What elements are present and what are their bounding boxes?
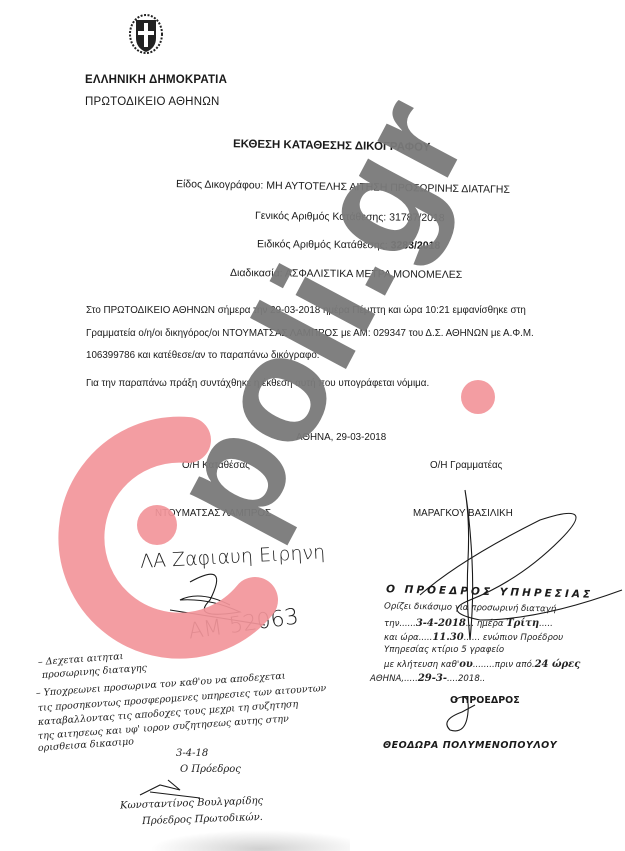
stamp-hearing-day: Τρίτη bbox=[506, 618, 539, 629]
document-type-label: Είδος Δικογράφου: bbox=[176, 178, 264, 192]
document-type: Είδος Δικογράφου: ΜΗ ΑΥΤΟΤΕΛΗΣ ΑΙΤΗΣΗ ΠΡ… bbox=[176, 178, 510, 196]
general-filing-number-value: 31787/2018 bbox=[389, 211, 445, 224]
handwritten-lawyer-am: ΑΜ 52063 bbox=[187, 604, 300, 644]
special-filing-number: Ειδικός Αριθμός Κατάθεσης: 3283/2018 bbox=[257, 238, 440, 252]
handwritten-signer-name: Κωνσταντίνος Βουλγαρίδης bbox=[120, 796, 263, 812]
stamp-heading: Ο ΠΡΟΕΔΡΟΣ ΥΠΗΡΕΣΙΑΣ bbox=[386, 583, 593, 600]
handwritten-signer-title: Πρόεδρος Πρωτοδικών. bbox=[142, 812, 263, 827]
stamp-label: την bbox=[384, 619, 399, 629]
depositor-label: Ο/Η Καταθέσας bbox=[182, 460, 250, 471]
procedure: Διαδικασία: ΑΣΦΑΛΙΣΤΙΚΑ ΜΕΤΡΑ ΜΟΝΟΜΕΛΕΣ bbox=[230, 267, 462, 281]
body-line-4: Για την παραπάνω πράξη συντάχθηκε η έκθε… bbox=[86, 378, 429, 389]
place-date: ΑΘΗΝΑ, 29-03-2018 bbox=[296, 432, 386, 443]
stamp-president: Ο ΠΡΟΕΔΡΟΣ bbox=[450, 695, 520, 706]
body-line-2: Γραμματεία ο/η/οι δικηγόρος/οι ΝΤΟΥΜΑΤΣΑ… bbox=[86, 328, 534, 339]
special-filing-number-label: Ειδικός Αριθμός Κατάθεσης: bbox=[257, 238, 388, 251]
stamp-issue-year: 2018 bbox=[458, 674, 480, 684]
procedure-value: ΑΣΦΑΛΙΣΤΙΚΑ ΜΕΤΡΑ ΜΟΝΟΜΕΛΕΣ bbox=[285, 267, 462, 281]
body-line-3: 106399786 και κατέθεσε/αν το παραπάνω δι… bbox=[86, 350, 320, 361]
stamp-line-2: την......3-4-2018... ημέρα Τρίτη..... bbox=[384, 618, 553, 629]
special-filing-number-value: 3283/2018 bbox=[391, 239, 441, 251]
handwritten-president-title: Ο Πρόεδρος bbox=[180, 764, 241, 775]
signature-strokes bbox=[140, 490, 622, 798]
stamp-line-4: Υπηρεσίας κτίριο 5 γραφείο bbox=[384, 645, 504, 655]
stamp-label: με κλήτευση καθ' bbox=[384, 660, 459, 670]
secretary-label: Ο/Η Γραμματέας bbox=[430, 460, 502, 471]
document-type-value: ΜΗ ΑΥΤΟΤΕΛΗΣ ΑΙΤΗΣΗ ΠΡΟΣΩΡΙΝΗΣ ΔΙΑΤΑΓΗΣ bbox=[266, 180, 510, 196]
procedure-label: Διαδικασία: bbox=[230, 267, 283, 279]
handwritten-date: 3-4-18 bbox=[176, 748, 208, 759]
stamp-issue-date: 29-3- bbox=[418, 673, 447, 684]
stamp-label: ενώπιον Προέδρου bbox=[483, 633, 563, 643]
stamp-summons-value: ου bbox=[459, 659, 473, 670]
secretary-name: ΜΑΡΑΓΚΟΥ ΒΑΣΙΛΙΚΗ bbox=[413, 508, 513, 519]
stamp-label: και ώρα bbox=[384, 633, 419, 643]
scan-noise bbox=[150, 830, 350, 851]
general-filing-number: Γενικός Αριθμός Κατάθεσης: 31787/2018 bbox=[255, 210, 445, 224]
stamp-label: ΑΘΗΝΑ, bbox=[370, 674, 404, 684]
stamp-line-6: ΑΘΗΝΑ,.....29-3-....2018.. bbox=[370, 673, 485, 684]
stamp-hearing-time: 11.30 bbox=[432, 632, 463, 643]
handwritten-lawyer-name: ΛΑ Ζαφιαυη Ειρηνη bbox=[140, 541, 326, 573]
general-filing-number-label: Γενικός Αριθμός Κατάθεσης: bbox=[255, 210, 386, 224]
stamp-summons-hours: 24 ώρες bbox=[535, 659, 581, 670]
greek-coat-of-arms-icon bbox=[128, 12, 164, 56]
body-line-1: Στο ΠΡΩΤΟΔΙΚΕΙΟ ΑΘΗΝΩΝ σήμερα την 29-03-… bbox=[86, 305, 526, 316]
stamp-label: ημέρα bbox=[477, 619, 504, 629]
stamp-line-3: και ώρα.....11.30...... ενώπιον Προέδρου bbox=[384, 632, 563, 643]
stamp-president-name: ΘΕΟΔΩΡΑ ΠΟΛΥΜΕΝΟΠΟΥΛΟΥ bbox=[383, 740, 557, 751]
stamp-line-5: με κλήτευση καθ'ου........πριν από.24 ώρ… bbox=[384, 659, 580, 670]
depositor-name: ΝΤΟΥΜΑΤΣΑΣ ΛΑΜΠΡΟΣ bbox=[155, 508, 271, 519]
header-court: ΠΡΩΤΟΔΙΚΕΙΟ ΑΘΗΝΩΝ bbox=[85, 96, 220, 108]
stamp-line-1: Ορίζει δικάσιμο για προσωρινή διαταγή bbox=[384, 601, 556, 614]
stamp-hearing-date: 3-4-2018 bbox=[416, 618, 466, 629]
header-republic: ΕΛΛΗΝΙΚΗ ΔΗΜΟΚΡΑΤΙΑ bbox=[85, 74, 227, 86]
document-title: ΕΚΘΕΣΗ ΚΑΤΑΘΕΣΗΣ ΔΙΚΟΓΡΑΦΟΥ bbox=[233, 138, 431, 153]
stamp-label: πριν από bbox=[495, 660, 532, 670]
